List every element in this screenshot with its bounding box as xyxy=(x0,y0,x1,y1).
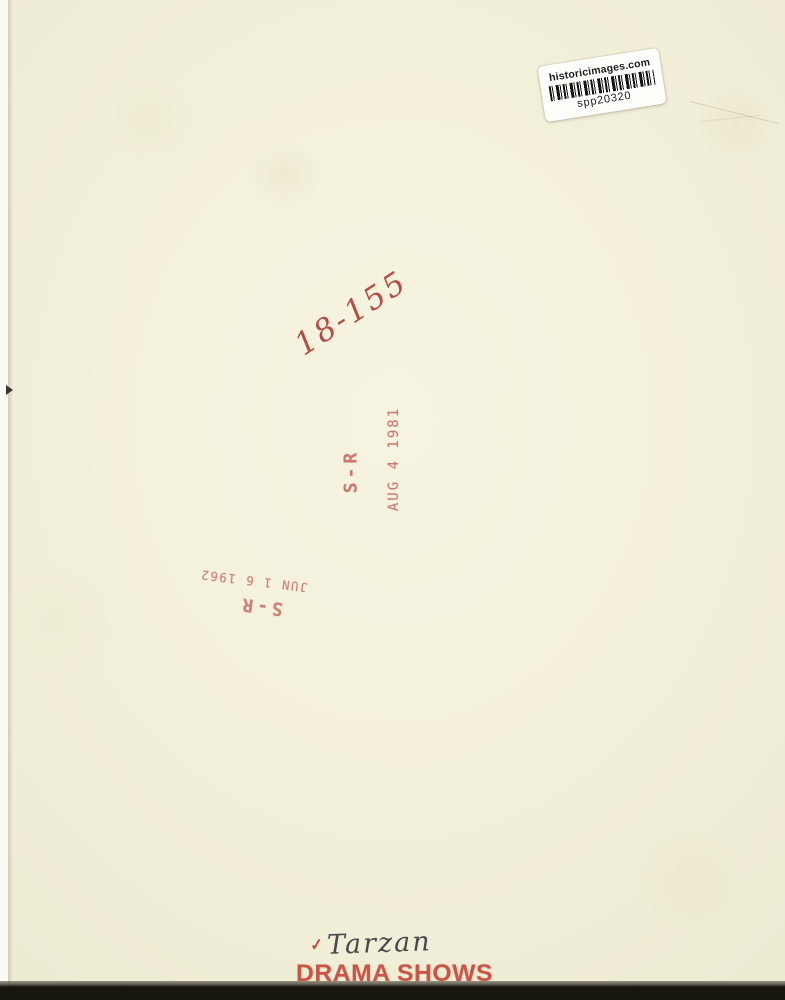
red-checkmark: ✓ xyxy=(309,934,325,956)
category-stamp: DRAMA SHOWS xyxy=(296,960,493,988)
photo-back-scan: historicimages.com spp20320 18-155 S-R A… xyxy=(0,0,785,1000)
paper-edge-notch xyxy=(6,385,13,395)
stamp-upside-down: S-R JUN 1 6 1962 xyxy=(195,565,308,625)
handwritten-catalogue-number: 18-155 xyxy=(288,264,414,363)
paper-crease-small xyxy=(700,115,760,122)
barcode-sticker: historicimages.com spp20320 xyxy=(537,48,666,122)
stamp-sr-vertical: S-R xyxy=(341,449,362,494)
stamp-date-vertical: AUG 4 1981 xyxy=(386,407,402,511)
handwritten-title: Tarzan xyxy=(326,926,432,961)
